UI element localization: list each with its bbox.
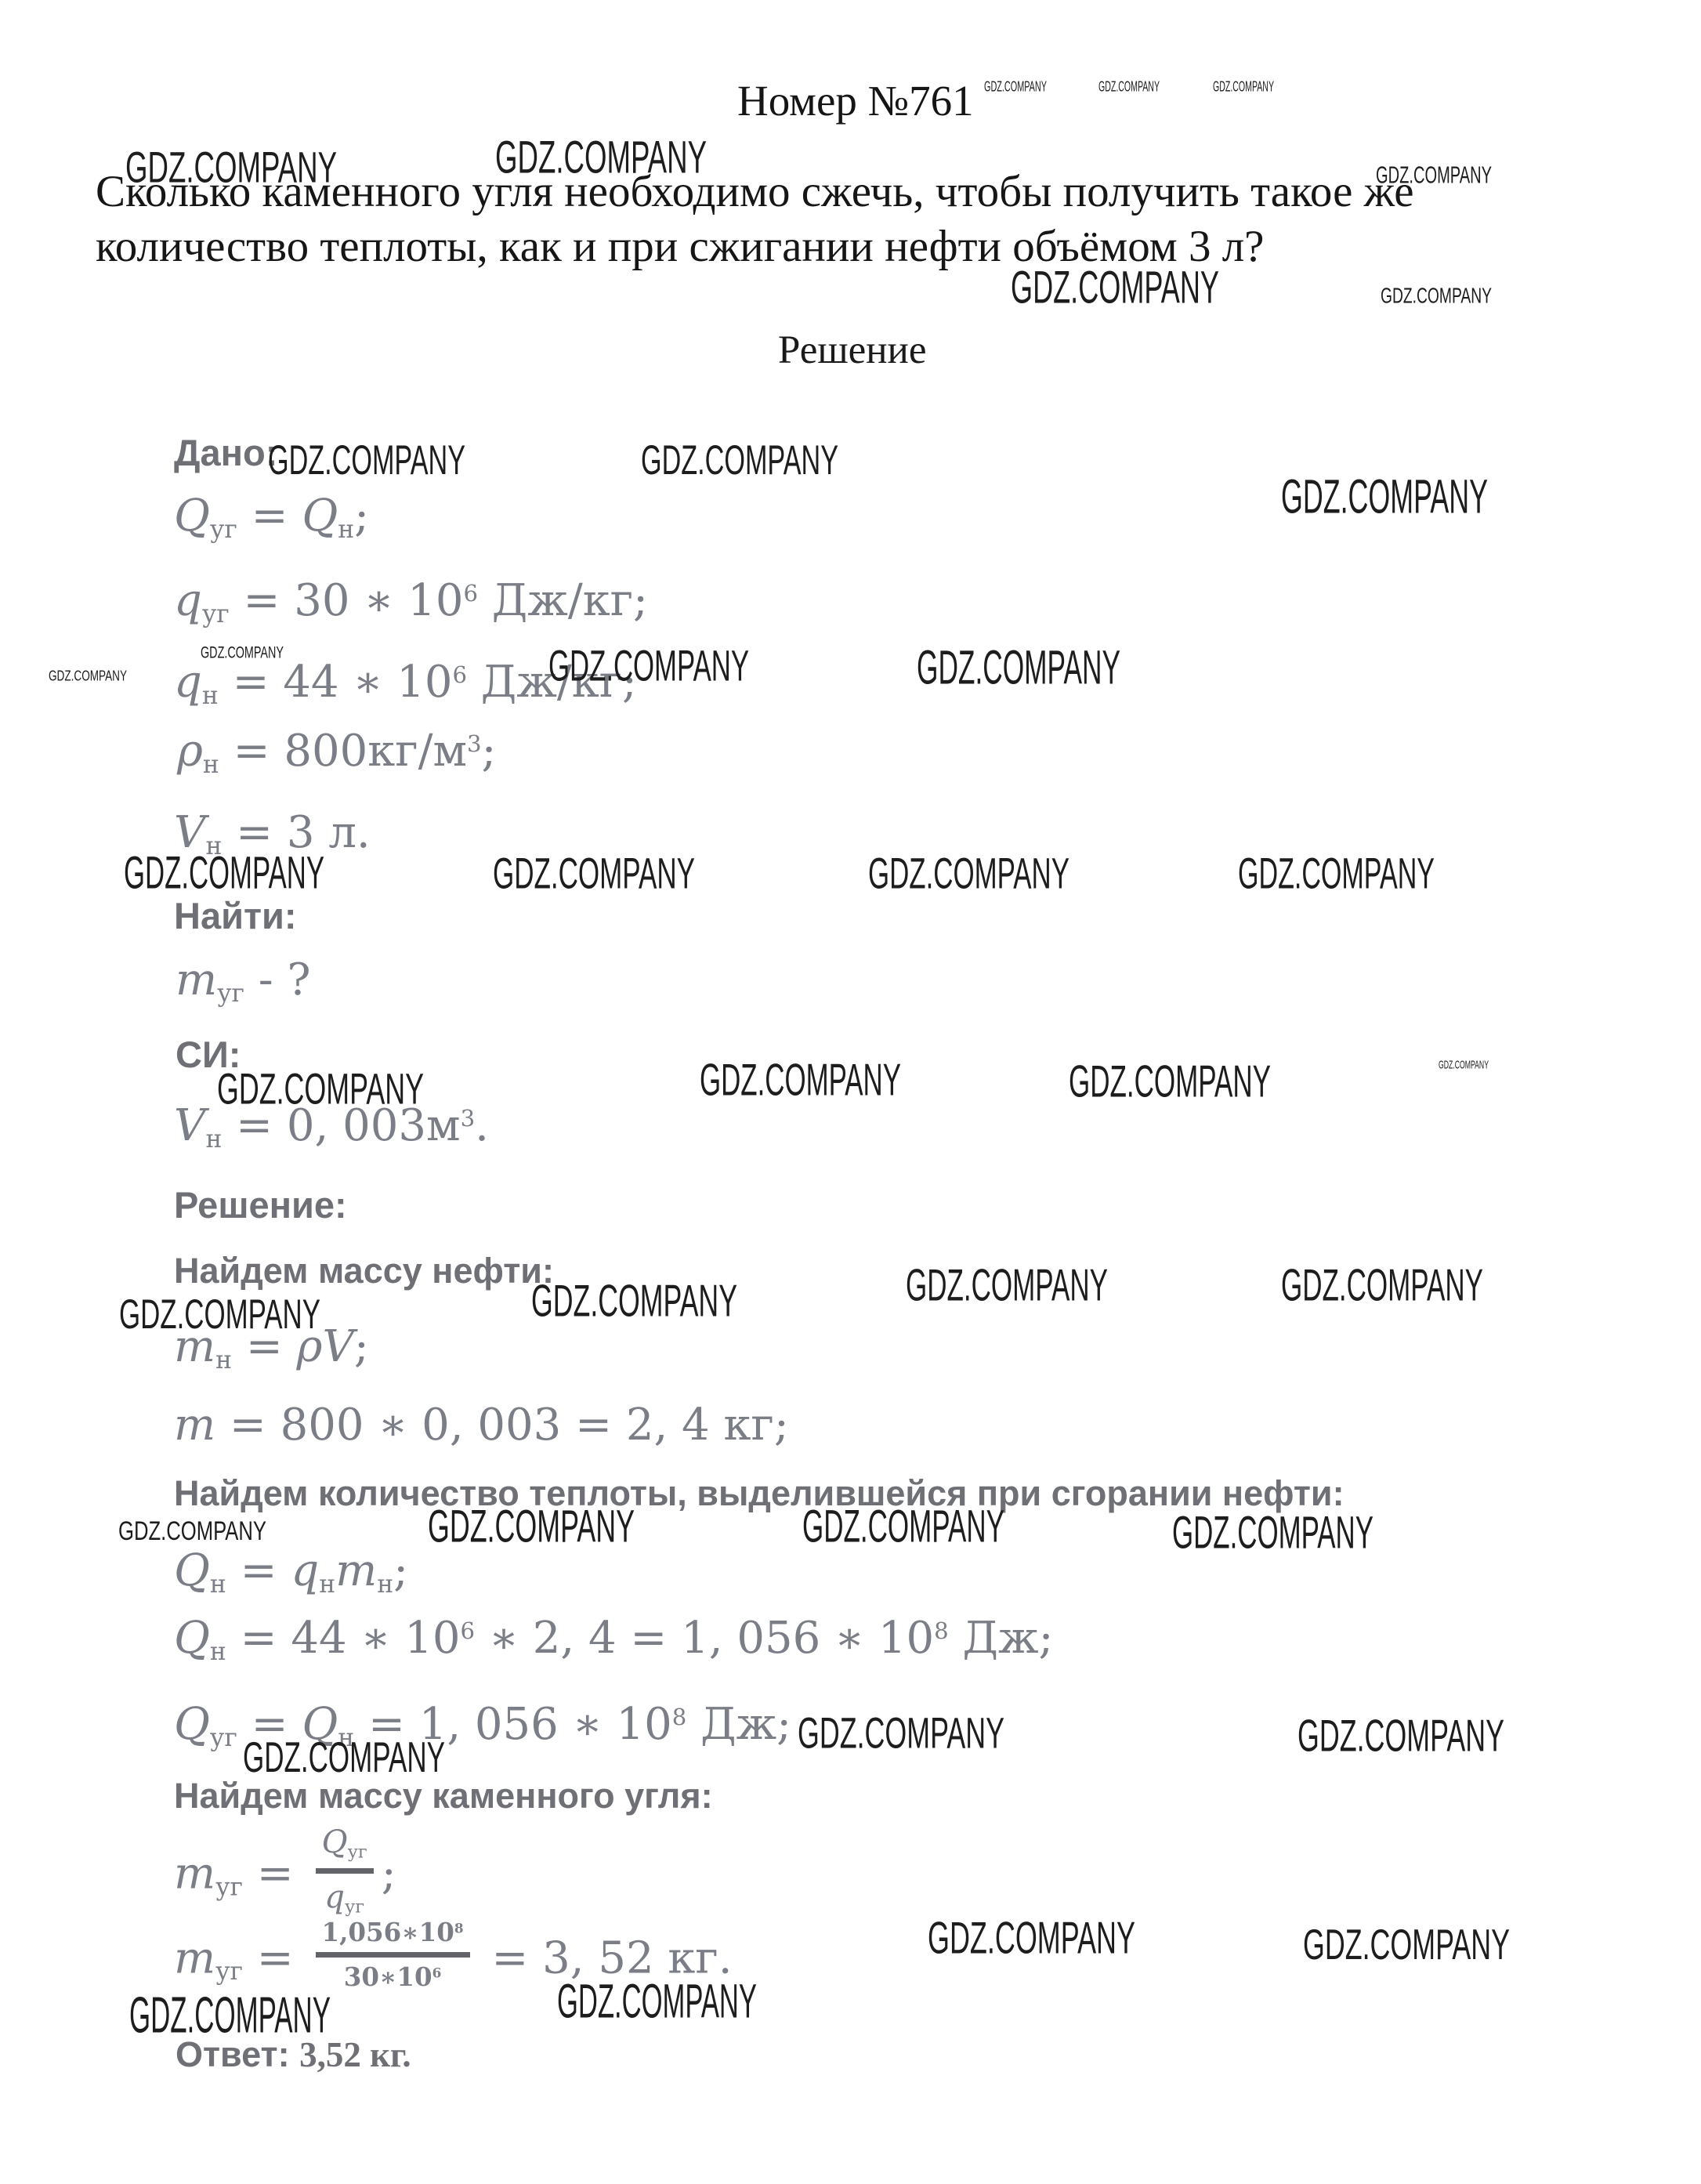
watermark-text: GDZ.COMPANY xyxy=(1439,1060,1489,1069)
answer-value: 3,52 кг. xyxy=(299,2035,411,2074)
watermark-text: GDZ.COMPANY xyxy=(531,1284,737,1317)
svg-text:GDZ.COMPANY: GDZ.COMPANY xyxy=(917,641,1120,694)
step-find-oil-mass: Найдем массу нефти: xyxy=(174,1251,554,1291)
svg-text:GDZ.COMPANY: GDZ.COMPANY xyxy=(1213,78,1274,95)
watermark-text: GDZ.COMPANY xyxy=(49,670,127,681)
formula-q-specific-oil: qн = 44 ∗ 106 Дж/кг; xyxy=(174,658,637,709)
watermark-text: GDZ.COMPANY xyxy=(906,1268,1108,1302)
svg-text:GDZ.COMPANY: GDZ.COMPANY xyxy=(868,849,1069,898)
svg-text:GDZ.COMPANY: GDZ.COMPANY xyxy=(1439,1059,1489,1072)
watermark-text: GDZ.COMPANY xyxy=(868,857,1069,889)
problem-line-2: количество теплоты, как и при сжигании н… xyxy=(96,222,1264,271)
document-page: Номер №761 Сколько каменного угля необхо… xyxy=(0,0,1701,2184)
watermark-text: GDZ.COMPANY xyxy=(641,444,838,475)
watermark-text: GDZ.COMPANY xyxy=(700,1063,901,1096)
svg-text:GDZ.COMPANY: GDZ.COMPANY xyxy=(798,1708,1004,1758)
watermark-text: GDZ.COMPANY xyxy=(917,649,1120,685)
watermark-text: GDZ.COMPANY xyxy=(1098,81,1160,92)
svg-text:GDZ.COMPANY: GDZ.COMPANY xyxy=(1172,1508,1373,1559)
watermark-text: GDZ.COMPANY xyxy=(1213,81,1274,92)
svg-text:GDZ.COMPANY: GDZ.COMPANY xyxy=(118,1516,266,1546)
answer-line: Ответ: 3,52 кг. xyxy=(176,2034,411,2075)
watermark-text: GDZ.COMPANY xyxy=(1238,857,1435,889)
watermark-text: GDZ.COMPANY xyxy=(1172,1515,1373,1549)
formula-oil-density: ρн = 800кг/м3; xyxy=(177,727,496,778)
answer-label: Ответ: xyxy=(176,2034,290,2074)
svg-text:GDZ.COMPANY: GDZ.COMPANY xyxy=(984,78,1047,95)
svg-text:GDZ.COMPANY: GDZ.COMPANY xyxy=(1281,470,1488,523)
svg-text:GDZ.COMPANY: GDZ.COMPANY xyxy=(531,1277,737,1327)
watermark-text: GDZ.COMPANY xyxy=(493,857,695,889)
formula-oil-volume-liters: Vн = 3 л. xyxy=(174,809,371,860)
watermark-text: GDZ.COMPANY xyxy=(129,1995,331,2034)
svg-text:GDZ.COMPANY: GDZ.COMPANY xyxy=(700,1056,901,1106)
formula-heat-calculation: Qн = 44 ∗ 106 ∗ 2, 4 = 1, 056 ∗ 108 Дж; xyxy=(174,1614,1053,1665)
formula-q-specific-coal: qуг = 30 ∗ 106 Дж/кг; xyxy=(174,577,648,628)
formula-coal-mass-calculation: mуг = 1,056∗10830∗106 = 3, 52 кг. xyxy=(174,1925,733,1998)
step-find-coal-mass: Найдем массу каменного угля: xyxy=(174,1776,713,1816)
svg-text:GDZ.COMPANY: GDZ.COMPANY xyxy=(1238,849,1435,898)
svg-text:GDZ.COMPANY: GDZ.COMPANY xyxy=(1303,1921,1510,1968)
solution-label: Решение: xyxy=(174,1183,347,1226)
svg-text:GDZ.COMPANY: GDZ.COMPANY xyxy=(493,849,695,898)
step-find-heat: Найдем количество теплоты, выделившейся … xyxy=(174,1473,1345,1514)
formula-oil-volume-si: Vн = 0, 003м3. xyxy=(174,1102,489,1153)
watermark-text: GDZ.COMPANY xyxy=(118,1520,266,1541)
svg-text:GDZ.COMPANY: GDZ.COMPANY xyxy=(49,668,127,684)
svg-text:GDZ.COMPANY: GDZ.COMPANY xyxy=(1281,1261,1483,1311)
given-label: Дано: xyxy=(174,431,277,474)
svg-text:GDZ.COMPANY: GDZ.COMPANY xyxy=(906,1261,1108,1311)
solution-heading: Решение xyxy=(778,328,926,373)
formula-oil-mass-calculation: m = 800 ∗ 0, 003 = 2, 4 кг; xyxy=(174,1401,789,1450)
formula-heat-equality: Qуг = Qн = 1, 056 ∗ 108 Дж; xyxy=(174,1700,791,1751)
watermark-text: GDZ.COMPANY xyxy=(1069,1064,1271,1098)
watermark-text: GDZ.COMPANY xyxy=(1303,1928,1510,1960)
svg-text:GDZ.COMPANY: GDZ.COMPANY xyxy=(268,437,465,484)
watermark-text: GDZ.COMPANY xyxy=(928,1921,1135,1954)
watermark-text: GDZ.COMPANY xyxy=(1281,478,1488,514)
svg-text:GDZ.COMPANY: GDZ.COMPANY xyxy=(641,437,838,484)
formula-q-coal-equals-q-oil: Qуг = Qн; xyxy=(174,492,369,543)
watermark-text: GDZ.COMPANY xyxy=(798,1716,1004,1749)
formula-oil-mass-definition: mн = ρV; xyxy=(174,1323,369,1374)
problem-text: Сколько каменного угля необходимо сжечь,… xyxy=(96,165,1561,274)
page-title: Номер №761 xyxy=(737,76,974,125)
problem-line-1: Сколько каменного угля необходимо сжечь,… xyxy=(96,167,1414,216)
watermark-text: GDZ.COMPANY xyxy=(268,444,465,475)
svg-text:GDZ.COMPANY: GDZ.COMPANY xyxy=(1069,1057,1271,1107)
watermark-text: GDZ.COMPANY xyxy=(124,855,324,889)
svg-text:GDZ.COMPANY: GDZ.COMPANY xyxy=(928,1914,1135,1964)
watermark-text: GDZ.COMPANY xyxy=(1297,1719,1504,1752)
watermark-text: GDZ.COMPANY xyxy=(984,81,1047,92)
watermark-text: GDZ.COMPANY xyxy=(1381,287,1492,303)
svg-text:GDZ.COMPANY: GDZ.COMPANY xyxy=(1098,78,1160,95)
svg-text:GDZ.COMPANY: GDZ.COMPANY xyxy=(1381,283,1492,307)
formula-heat-definition: Qн = qнmн; xyxy=(174,1547,408,1598)
watermark-text: GDZ.COMPANY xyxy=(1011,270,1219,304)
watermark-text: GDZ.COMPANY xyxy=(1281,1268,1483,1302)
find-label: Найти: xyxy=(174,894,297,937)
svg-text:GDZ.COMPANY: GDZ.COMPANY xyxy=(1297,1711,1504,1762)
formula-coal-mass-definition: mуг = Qугqуг; xyxy=(174,1831,396,1923)
si-label: СИ: xyxy=(176,1033,241,1076)
formula-unknown-coal-mass: mуг - ? xyxy=(176,956,311,1007)
